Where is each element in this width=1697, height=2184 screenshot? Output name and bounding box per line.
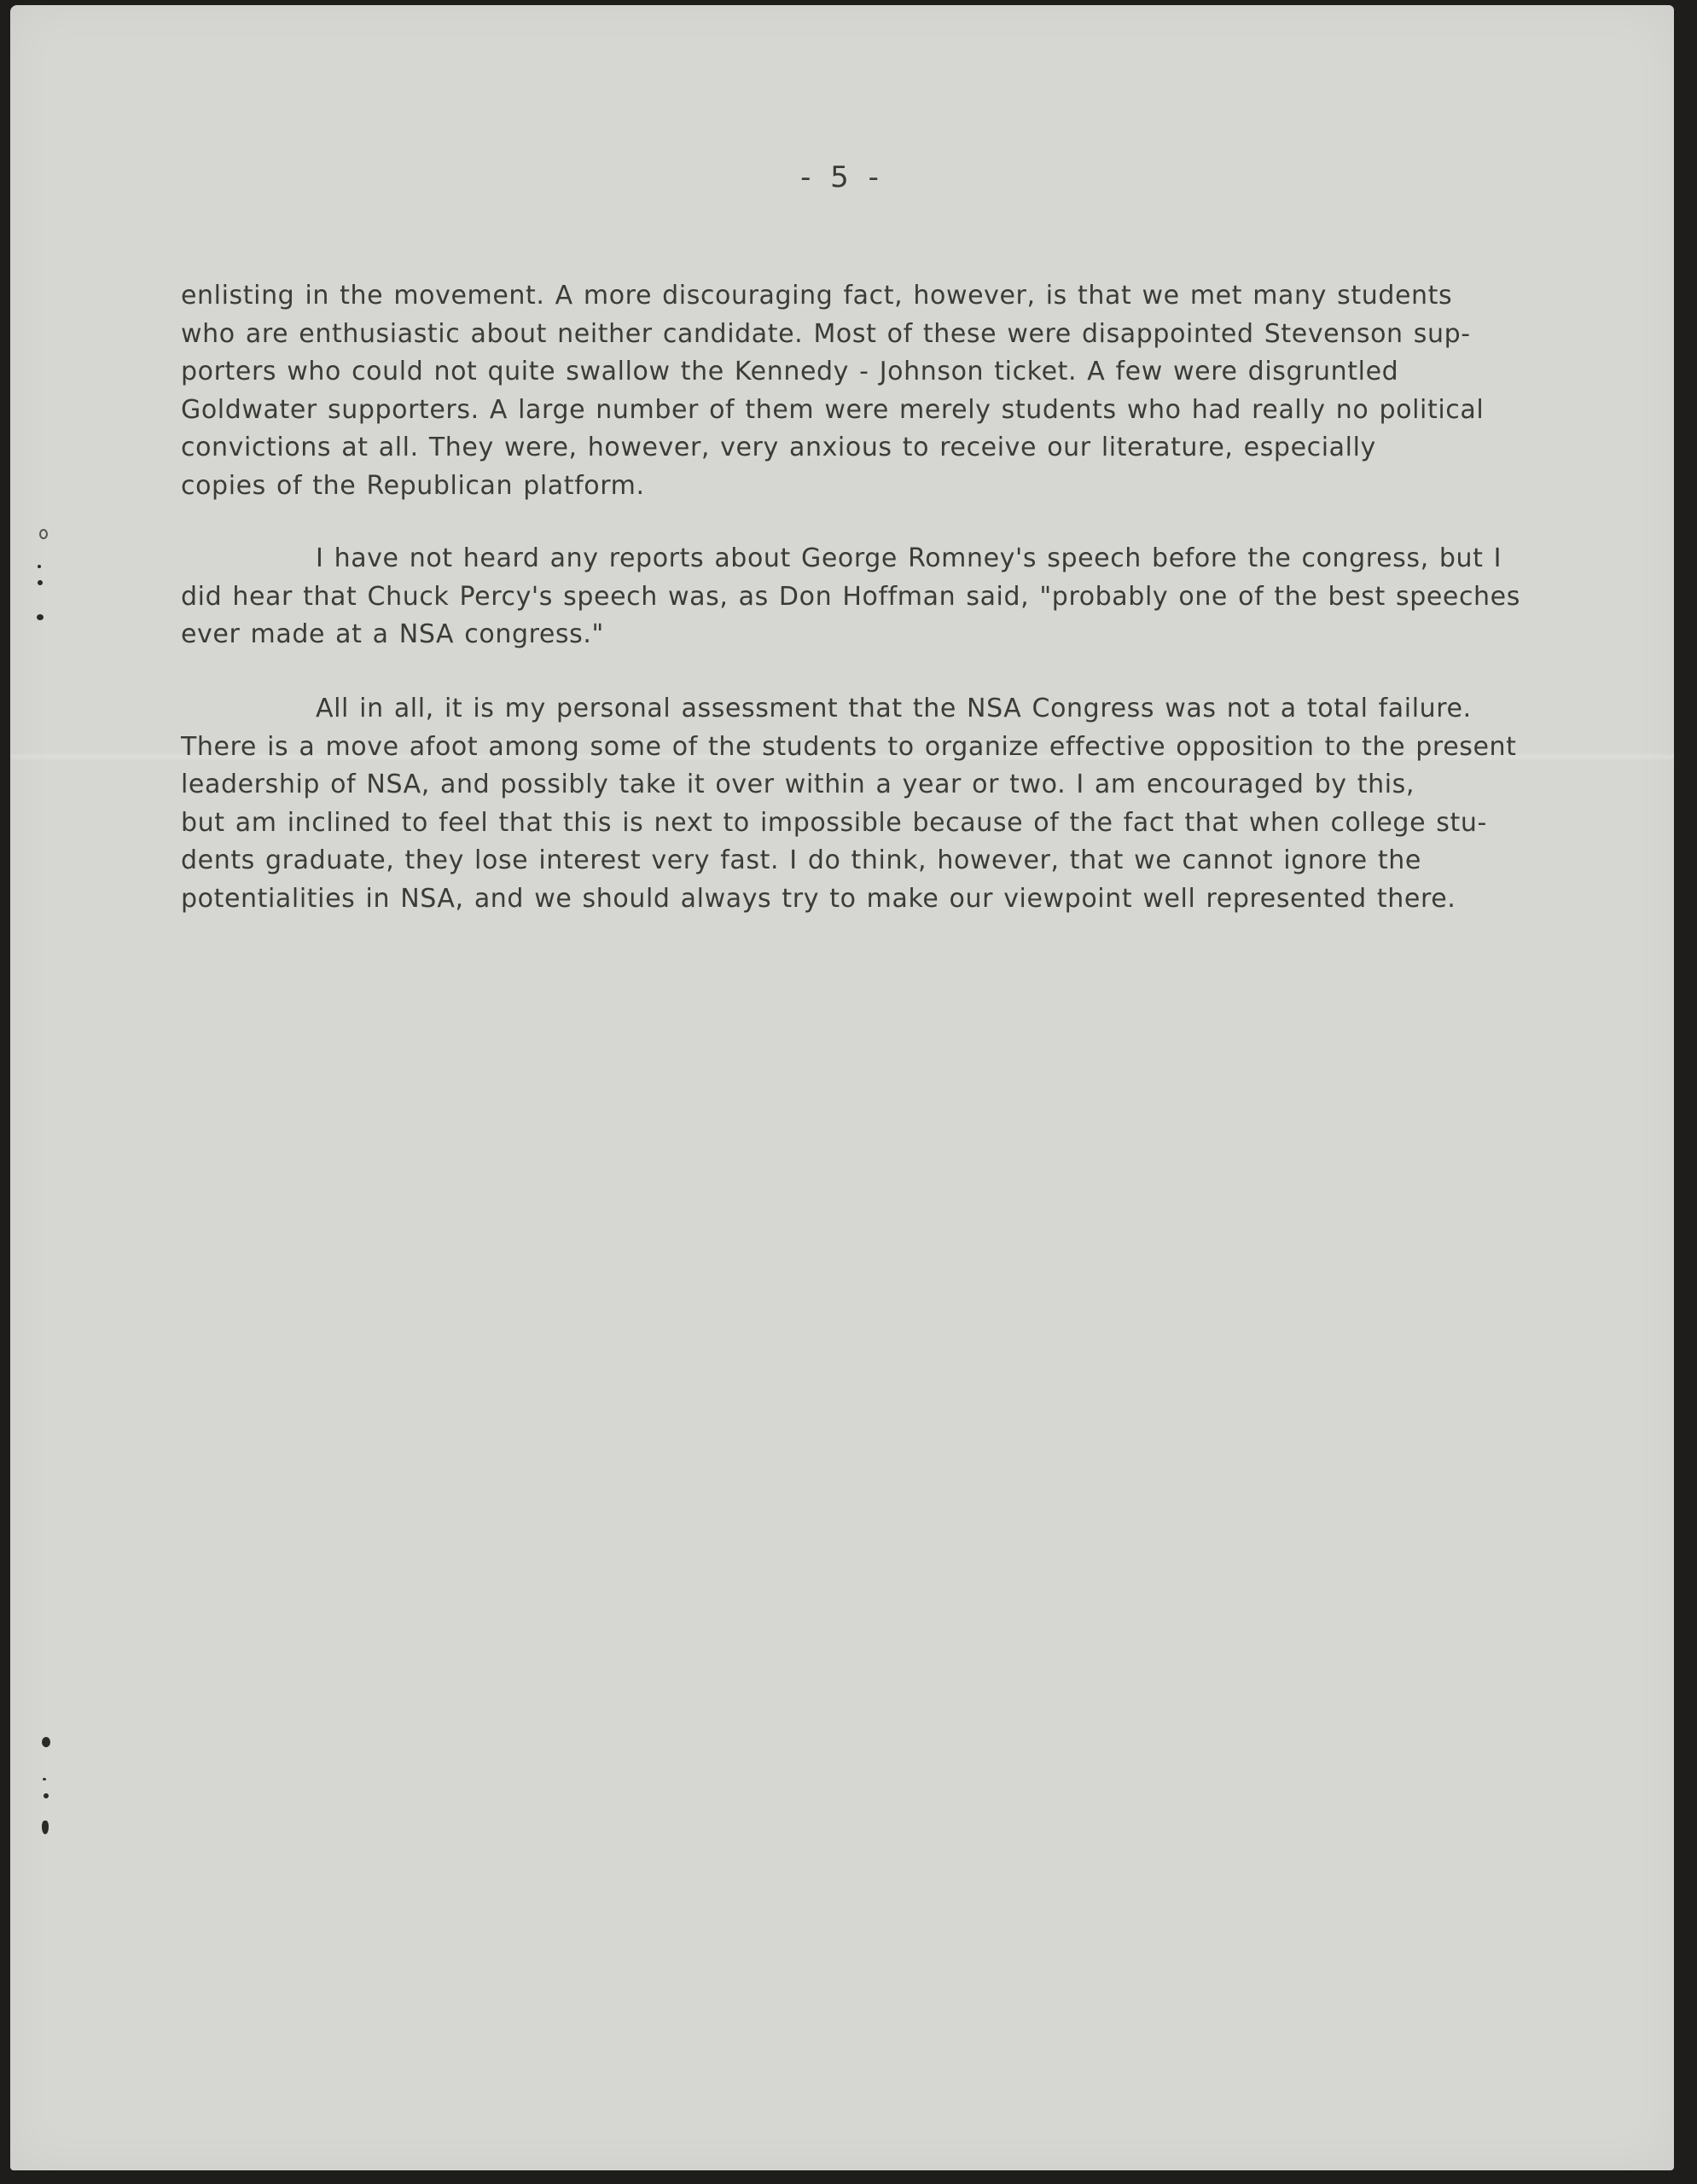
staple-hole-mark bbox=[37, 614, 44, 620]
text-line: potentialities in NSA, and we should alw… bbox=[181, 880, 1631, 919]
staple-hole-mark bbox=[39, 529, 48, 539]
text-line: who are enthusiastic about neither candi… bbox=[181, 316, 1631, 354]
paragraph-3: All in all, it is my personal assessment… bbox=[181, 690, 1631, 919]
staple-hole-mark bbox=[38, 580, 43, 585]
text-line: leadership of NSA, and possibly take it … bbox=[181, 766, 1631, 804]
text-line: enlisting in the movement. A more discou… bbox=[181, 277, 1631, 316]
text-line: copies of the Republican platform. bbox=[181, 468, 1631, 506]
page-number: - 5 - bbox=[10, 160, 1674, 195]
staple-hole-mark bbox=[43, 1778, 46, 1780]
staple-hole-mark bbox=[42, 1821, 49, 1834]
document-page: - 5 - enlisting in the movement. A more … bbox=[10, 5, 1674, 2170]
paragraph-2: I have not heard any reports about Georg… bbox=[181, 540, 1631, 654]
paragraph-1: enlisting in the movement. A more discou… bbox=[181, 277, 1631, 506]
text-line: but am inclined to feel that this is nex… bbox=[181, 804, 1631, 843]
staple-hole-mark bbox=[44, 1793, 49, 1798]
text-line: convictions at all. They were, however, … bbox=[181, 429, 1631, 468]
text-line: porters who could not quite swallow the … bbox=[181, 353, 1631, 392]
text-line: did hear that Chuck Percy's speech was, … bbox=[181, 578, 1631, 617]
text-line: I have not heard any reports about Georg… bbox=[181, 540, 1631, 578]
text-line: There is a move afoot among some of the … bbox=[181, 729, 1631, 767]
text-line: dents graduate, they lose interest very … bbox=[181, 842, 1631, 880]
staple-hole-mark bbox=[42, 1737, 50, 1747]
text-line: Goldwater supporters. A large number of … bbox=[181, 392, 1631, 430]
staple-hole-mark bbox=[38, 565, 41, 568]
text-line: All in all, it is my personal assessment… bbox=[181, 690, 1631, 729]
text-line: ever made at a NSA congress." bbox=[181, 616, 1631, 654]
